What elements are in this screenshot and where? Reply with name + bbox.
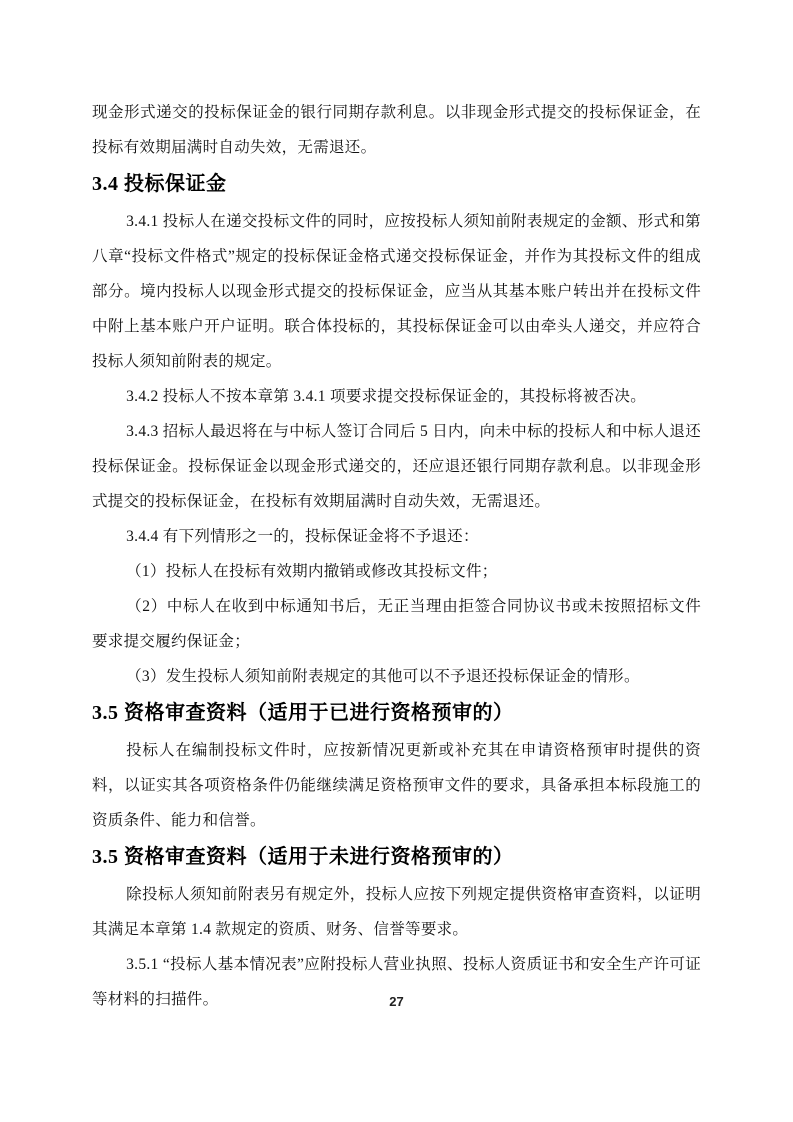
paragraph-3-4-3: 3.4.3 招标人最迟将在与中标人签订合同后 5 日内，向未中标的投标人和中标人… [92,414,701,519]
paragraph-3-4-2: 3.4.2 投标人不按本章第 3.4.1 项要求提交投标保证金的，其投标将被否决… [92,379,701,414]
document-body: 现金形式递交的投标保证金的银行同期存款利息。以非现金形式提交的投标保证金，在投标… [92,95,701,1017]
heading-3-5-prequalified: 3.5 资格审查资料（适用于已进行资格预审的） [92,697,701,730]
list-item-2: （2）中标人在收到中标通知书后，无正当理由拒签合同协议书或未按照招标文件要求提交… [92,589,701,659]
paragraph-3-5-prequalified-body: 投标人在编制投标文件时，应按新情况更新或补充其在申请资格预审时提供的资料，以证实… [92,733,701,838]
heading-3-5-not-prequalified: 3.5 资格审查资料（适用于未进行资格预审的） [92,841,701,874]
list-item-1: （1）投标人在投标有效期内撤销或修改其投标文件； [92,554,701,589]
paragraph-continuation-bid-security-interest: 现金形式递交的投标保证金的银行同期存款利息。以非现金形式提交的投标保证金，在投标… [92,95,701,165]
paragraph-3-5-not-prequalified-body: 除投标人须知前附表另有规定外，投标人应按下列规定提供资格审查资料，以证明其满足本… [92,877,701,947]
paragraph-3-4-4: 3.4.4 有下列情形之一的，投标保证金将不予退还： [92,519,701,554]
page-number: 27 [0,994,793,1009]
document-page: 现金形式递交的投标保证金的银行同期存款利息。以非现金形式提交的投标保证金，在投标… [0,0,793,1122]
paragraph-3-4-1: 3.4.1 投标人在递交投标文件的同时，应按投标人须知前附表规定的金额、形式和第… [92,204,701,379]
list-item-3: （3）发生投标人须知前附表规定的其他可以不予退还投标保证金的情形。 [92,659,701,694]
heading-3-4-bid-security: 3.4 投标保证金 [92,168,701,201]
